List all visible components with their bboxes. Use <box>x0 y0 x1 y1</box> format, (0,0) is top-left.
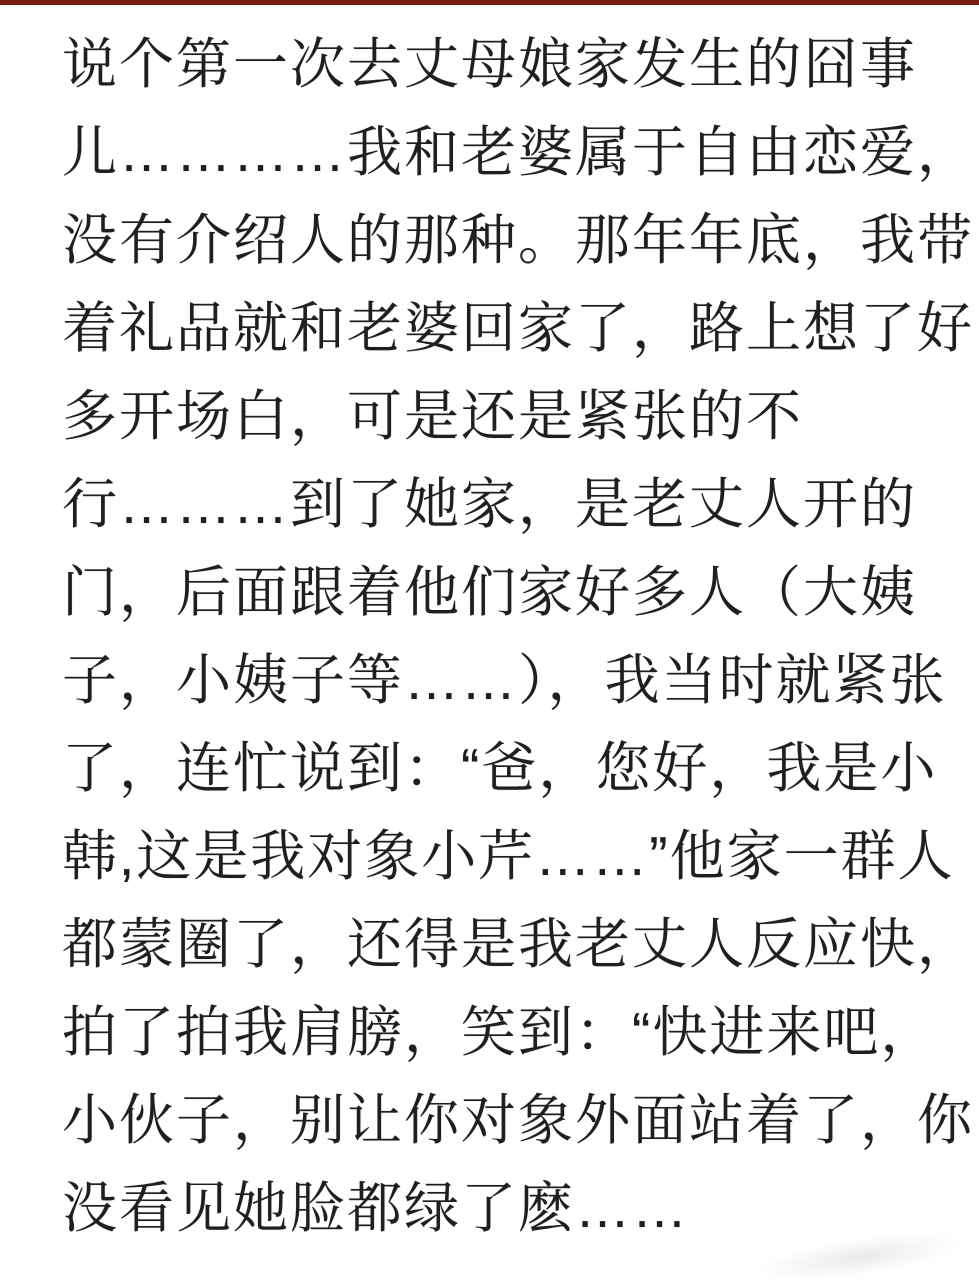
text-line: 没看见她脸都绿了麽…… <box>62 1164 939 1252</box>
text-line: 没有介绍人的那种。那年年底，我带 <box>62 196 939 284</box>
text-line: 都蒙圈了，还得是我老丈人反应快， <box>62 900 939 988</box>
text-line: 韩,这是我对象小芹……”他家一群人 <box>62 812 939 900</box>
text-line: 行………到了她家，是老丈人开的 <box>62 460 939 548</box>
text-line: 多开场白，可是还是紧张的不 <box>62 372 939 460</box>
text-line: 子，小姨子等……），我当时就紧张 <box>62 636 939 724</box>
text-line: 着礼品就和老婆回家了，路上想了好 <box>62 284 939 372</box>
text-line: 小伙子，别让你对象外面站着了，你 <box>62 1076 939 1164</box>
top-border <box>0 0 979 5</box>
text-line: 儿…………我和老婆属于自由恋爱， <box>62 108 939 196</box>
text-line: 拍了拍我肩膀，笑到：“快进来吧， <box>62 988 939 1076</box>
text-line: 门，后面跟着他们家好多人（大姨 <box>62 548 939 636</box>
post-text: 说个第一次去丈母娘家发生的囧事 儿…………我和老婆属于自由恋爱， 没有介绍人的那… <box>62 20 939 1252</box>
text-line: 了，连忙说到：“爸，您好，我是小 <box>62 724 939 812</box>
text-line: 说个第一次去丈母娘家发生的囧事 <box>62 20 939 108</box>
